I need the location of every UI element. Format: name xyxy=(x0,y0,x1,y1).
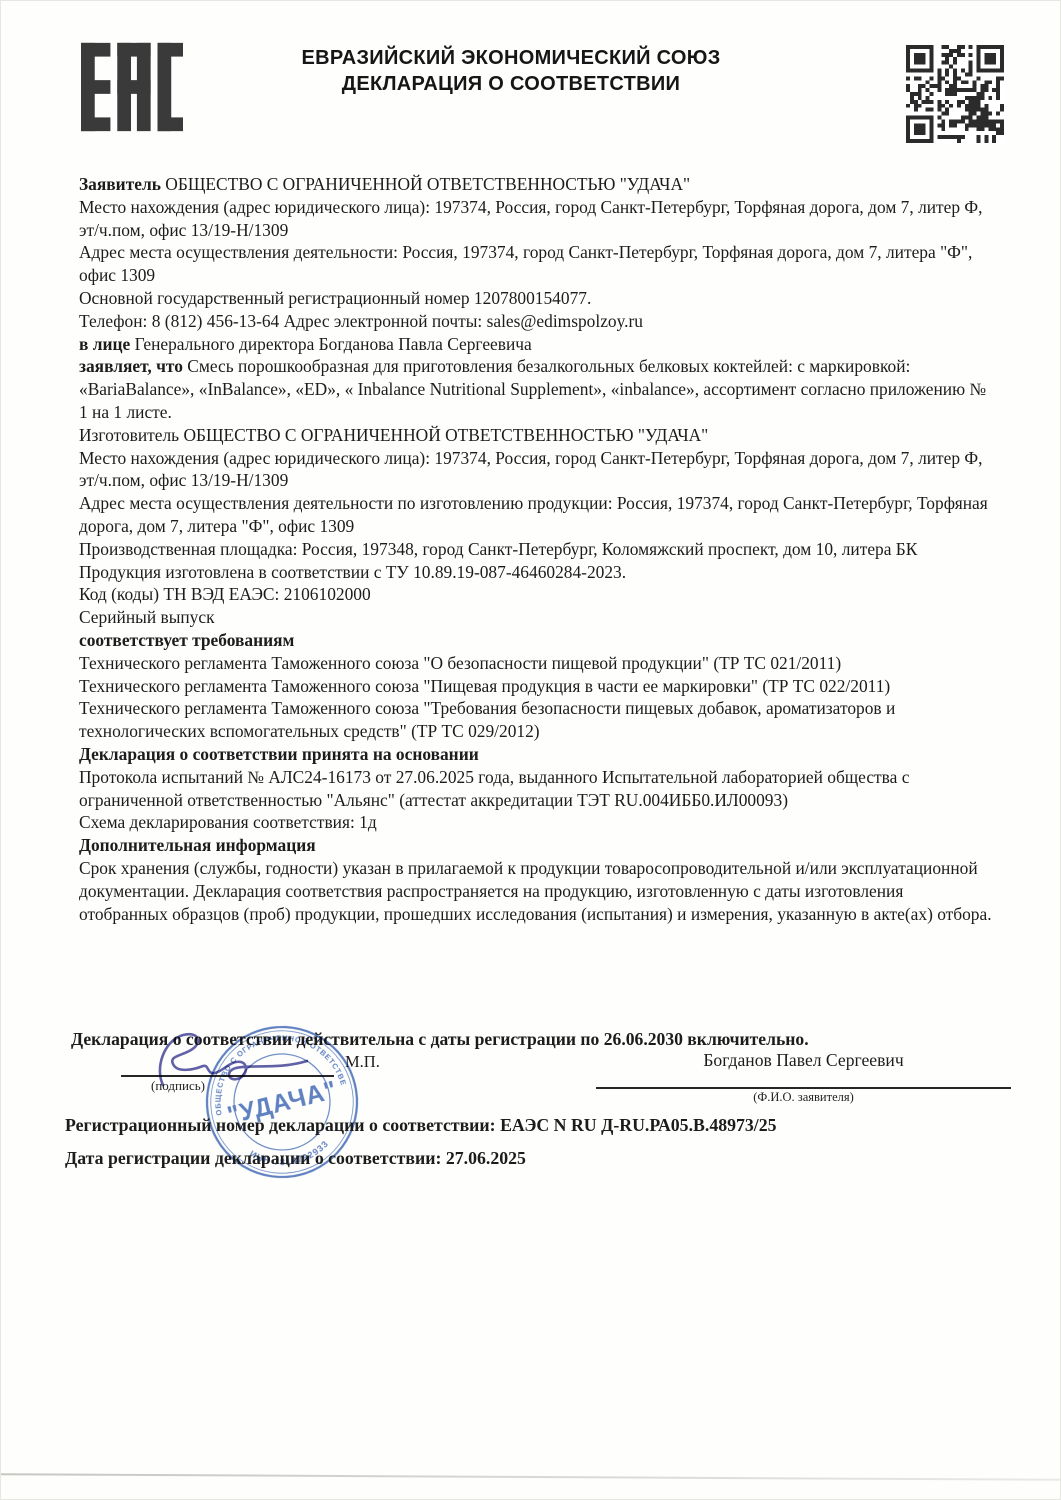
manufacturer-production-site: Производственная площадка: Россия, 19734… xyxy=(79,538,993,584)
signer-name-line xyxy=(596,1087,1011,1089)
signer-name-caption: (Ф.И.О. заявителя) xyxy=(596,1090,1011,1105)
manufacturer-line: Изготовитель ОБЩЕСТВО С ОГРАНИЧЕННОЙ ОТВ… xyxy=(79,424,993,447)
release-type: Серийный выпуск xyxy=(79,606,993,629)
signer-name: Богданов Павел Сергеевич xyxy=(596,1050,1011,1071)
applicant-representative: в лице Генерального директора Богданова … xyxy=(79,333,993,356)
declares-text: Смесь порошкообразная для приготовления … xyxy=(79,356,986,422)
manufacturer-name: ОБЩЕСТВО С ОГРАНИЧЕННОЙ ОТВЕТСТВЕННОСТЬЮ… xyxy=(183,425,708,445)
basis-scheme: Схема декларирования соответствия: 1д xyxy=(79,811,993,834)
document-body: Заявитель ОБЩЕСТВО С ОГРАНИЧЕННОЙ ОТВЕТС… xyxy=(79,173,993,925)
applicant-name: ОБЩЕСТВО С ОГРАНИЧЕННОЙ ОТВЕТСТВЕННОСТЬЮ… xyxy=(165,174,690,194)
regulation-item: Технического регламента Таможенного союз… xyxy=(79,697,993,743)
title-union: ЕВРАЗИЙСКИЙ ЭКОНОМИЧЕСКИЙ СОЮЗ xyxy=(181,45,841,71)
registration-number-line: Регистрационный номер декларации о соотв… xyxy=(65,1115,777,1136)
registration-number-label: Регистрационный номер декларации о соотв… xyxy=(65,1115,496,1135)
declares-label: заявляет, что xyxy=(79,356,183,376)
applicant-legal-address: Место нахождения (адрес юридического лиц… xyxy=(79,196,993,242)
qr-code-icon xyxy=(906,45,1004,143)
registration-number-value: ЕАЭС N RU Д-RU.РА05.В.48973/25 xyxy=(500,1115,776,1135)
compliance-heading: соответствует требованиям xyxy=(79,629,993,652)
applicant-activity-address: Адрес места осуществления деятельности: … xyxy=(79,241,993,287)
represented-by: Генерального директора Богданова Павла С… xyxy=(135,334,532,354)
applicant-ogrn: Основной государственный регистрационный… xyxy=(79,287,993,310)
applicant-phone-email: Телефон: 8 (812) 456-13-64 Адрес электро… xyxy=(79,310,993,333)
tnved-code: Код (коды) ТН ВЭД ЕАЭС: 2106102000 xyxy=(79,583,993,606)
regulation-item: Технического регламента Таможенного союз… xyxy=(79,675,993,698)
additional-info-heading: Дополнительная информация xyxy=(79,834,993,857)
declaration-document: ЕВРАЗИЙСКИЙ ЭКОНОМИЧЕСКИЙ СОЮЗ ДЕКЛАРАЦИ… xyxy=(0,0,1061,1500)
additional-info-text: Срок хранения (службы, годности) указан … xyxy=(79,857,993,925)
registration-date-value: 27.06.2025 xyxy=(446,1148,526,1168)
registration-date-label: Дата регистрации декларации о соответств… xyxy=(65,1148,441,1168)
applicant-line: Заявитель ОБЩЕСТВО С ОГРАНИЧЕННОЙ ОТВЕТС… xyxy=(79,173,993,196)
applicant-label: Заявитель xyxy=(79,174,161,194)
declaration-subject: заявляет, что Смесь порошкообразная для … xyxy=(79,355,993,423)
title-declaration: ДЕКЛАРАЦИЯ О СООТВЕТСТВИИ xyxy=(181,71,841,97)
basis-heading: Декларация о соответствии принята на осн… xyxy=(79,743,993,766)
basis-protocol: Протокола испытаний № АЛС24-16173 от 27.… xyxy=(79,766,993,812)
eac-logo-icon xyxy=(81,34,183,140)
scan-edge-artifact xyxy=(0,1473,1061,1481)
represented-label: в лице xyxy=(79,334,130,354)
registration-date-line: Дата регистрации декларации о соответств… xyxy=(65,1148,526,1169)
regulation-item: Технического регламента Таможенного союз… xyxy=(79,652,993,675)
manufacturer-legal-address: Место нахождения (адрес юридического лиц… xyxy=(79,447,993,493)
manufacturer-activity-address: Адрес места осуществления деятельности п… xyxy=(79,492,993,538)
manufacturer-label: Изготовитель xyxy=(79,425,179,445)
company-stamp: ОБЩЕСТВО С ОГРАНИЧЕННОЙ ОТВЕТСТВЕННОСТЬЮ… xyxy=(155,975,410,1230)
document-title: ЕВРАЗИЙСКИЙ ЭКОНОМИЧЕСКИЙ СОЮЗ ДЕКЛАРАЦИ… xyxy=(181,45,841,97)
handwritten-signature xyxy=(147,1027,359,1099)
